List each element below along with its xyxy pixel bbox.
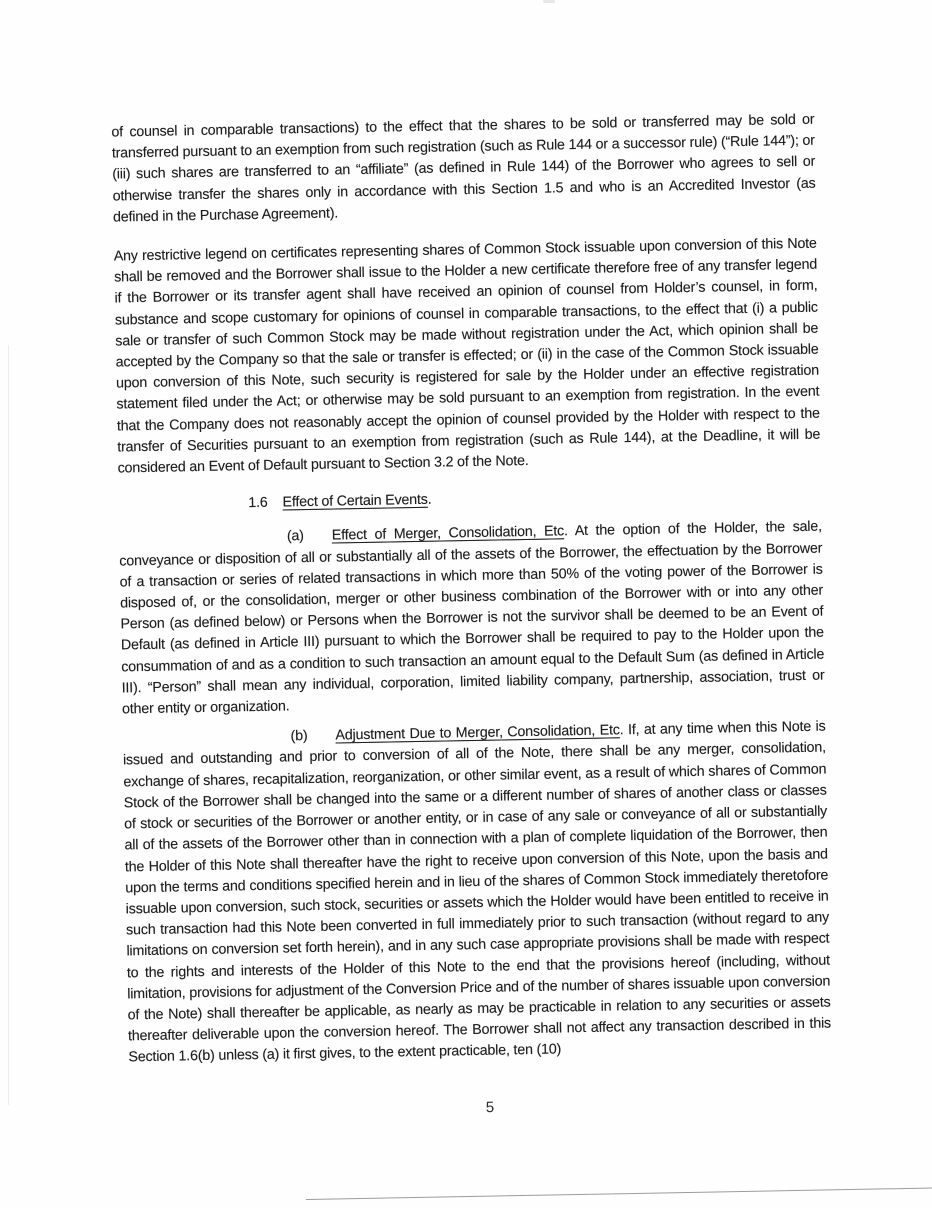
page-number: 5 — [478, 1099, 502, 1116]
scan-artifact-bottom-line — [306, 1187, 932, 1200]
section-title-period: . — [428, 492, 432, 508]
scan-artifact-left-edge-line — [8, 345, 9, 1105]
subsection-b-body: If, at any time when this Note is issued… — [123, 719, 831, 1066]
subsection-a-body: At the option of the Holder, the sale, c… — [119, 519, 825, 717]
subsection-b: (b)Adjustment Due to Merger, Consolidati… — [122, 717, 831, 1069]
paragraph-counsel-opinion-continuation: of counsel in comparable transactions) t… — [111, 110, 816, 229]
scan-artifact-top-smudge — [543, 0, 555, 3]
subsection-a-title-period: . — [564, 524, 568, 540]
tab-spacer — [268, 506, 283, 507]
document-text-block: of counsel in comparable transactions) t… — [111, 110, 831, 1078]
subsection-b-title-period: . — [620, 723, 624, 739]
section-title: Effect of Certain Events — [282, 492, 427, 511]
section-number: 1.6 — [248, 495, 268, 511]
tab-spacer — [304, 539, 332, 541]
subsection-a-title: Effect of Merger, Consolidation, Etc — [332, 524, 565, 544]
scanned-document-page: of counsel in comparable transactions) t… — [0, 0, 932, 1208]
subsection-b-title: Adjustment Due to Merger, Consolidation,… — [335, 723, 620, 744]
subsection-a-label: (a) — [287, 529, 304, 545]
tab-spacer — [308, 739, 336, 741]
subsection-b-label: (b) — [290, 728, 307, 744]
paragraph-restrictive-legend: Any restrictive legend on certificates r… — [114, 234, 821, 480]
subsection-a: (a)Effect of Merger, Consolidation, Etc.… — [119, 517, 825, 721]
section-heading-1-6: 1.6Effect of Certain Events. — [118, 483, 821, 517]
